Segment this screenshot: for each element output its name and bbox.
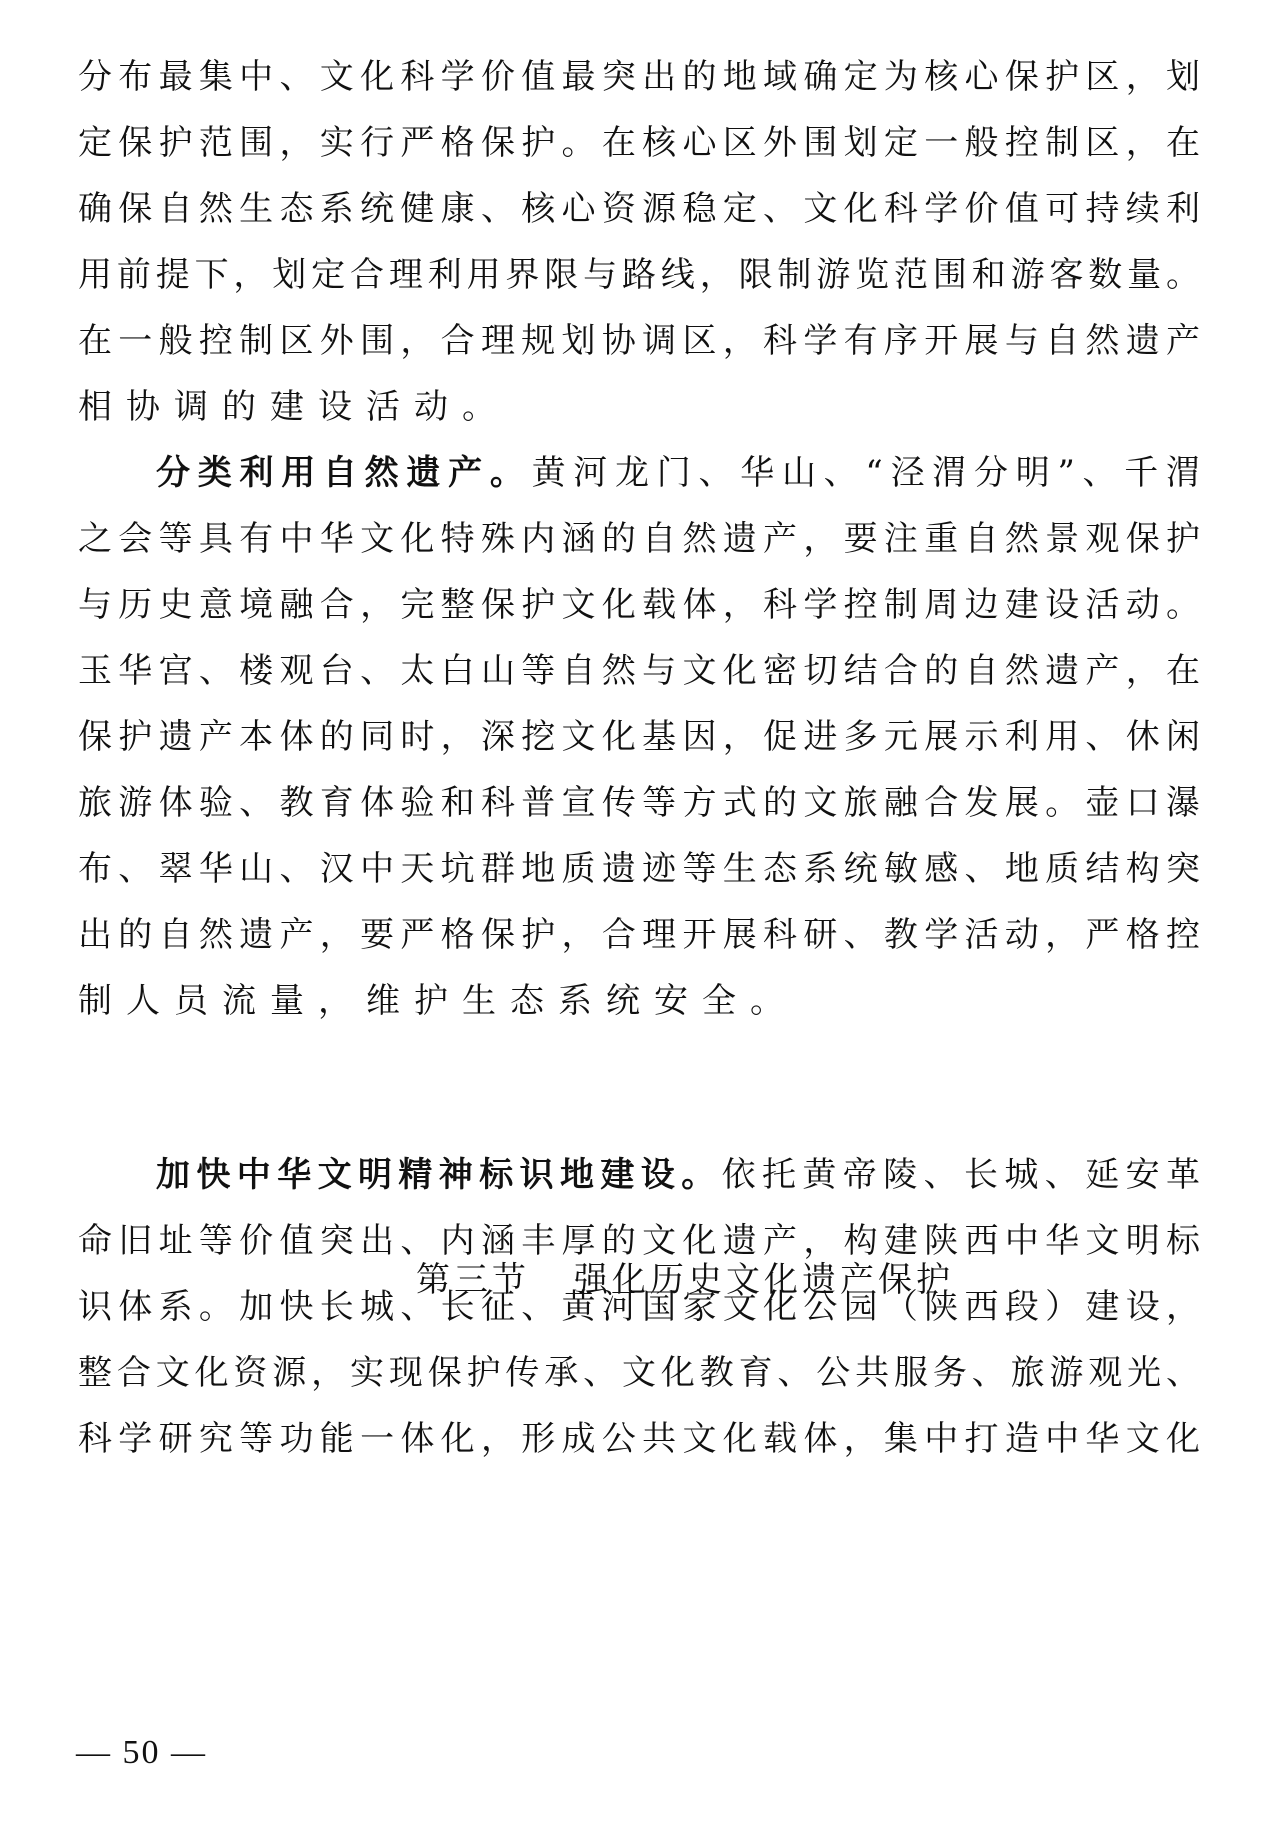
- text-line: 玉华宫、楼观台、太白山等自然与文化密切结合的自然遗产，在: [78, 646, 1200, 696]
- text-line: 与历史意境融合，完整保护文化载体，科学控制周边建设活动。: [78, 580, 1200, 630]
- text-line-first: 分类利用自然遗产。黄河龙门、华山、“泾渭分明”、千渭: [156, 448, 1200, 498]
- text-line: 定保护范围，实行严格保护。在核心区外围划定一般控制区，在: [78, 118, 1200, 168]
- text-line: 在一般控制区外围，合理规划协调区，科学有序开展与自然遗产: [78, 316, 1200, 366]
- text-line: 出的自然遗产，要严格保护，合理开展科研、教学活动，严格控: [78, 910, 1200, 960]
- text-line: 分布最集中、文化科学价值最突出的地域确定为核心保护区，划: [78, 52, 1200, 102]
- text-line: 识体系。加快长城、长征、黄河国家文化公园（陕西段）建设，: [78, 1282, 1200, 1332]
- text-line: 保护遗产本体的同时，深挖文化基因，促进多元展示利用、休闲: [78, 712, 1200, 762]
- paragraph-lead-bold: 分类利用自然遗产。: [156, 453, 532, 493]
- document-page: 分布最集中、文化科学价值最突出的地域确定为核心保护区，划 定保护范围，实行严格保…: [0, 0, 1280, 1846]
- text-line: 确保自然生态系统健康、核心资源稳定、文化科学价值可持续利: [78, 184, 1200, 234]
- text-line: 用前提下，划定合理利用界限与路线，限制游览范围和游客数量。: [78, 250, 1200, 300]
- text-line: 制人员流量，维护生态系统安全。: [78, 976, 1200, 1026]
- text-line-first: 加快中华文明精神标识地建设。依托黄帝陵、长城、延安革: [156, 1150, 1200, 1200]
- paragraph-text: 黄河龙门、华山、“泾渭分明”、千渭: [532, 453, 1200, 493]
- text-line: 相协调的建设活动。: [78, 382, 1200, 432]
- paragraph-lead-bold: 加快中华文明精神标识地建设。: [156, 1155, 722, 1195]
- text-line: 之会等具有中华文化特殊内涵的自然遗产，要注重自然景观保护: [78, 514, 1200, 564]
- paragraph-text: 依托黄帝陵、长城、延安革: [722, 1155, 1200, 1195]
- text-line: 布、翠华山、汉中天坑群地质遗迹等生态系统敏感、地质结构突: [78, 844, 1200, 894]
- text-line: 命旧址等价值突出、内涵丰厚的文化遗产，构建陕西中华文明标: [78, 1216, 1200, 1266]
- page-number: — 50 —: [76, 1731, 207, 1775]
- text-line: 科学研究等功能一体化，形成公共文化载体，集中打造中华文化: [78, 1414, 1200, 1464]
- text-line: 整合文化资源，实现保护传承、文化教育、公共服务、旅游观光、: [78, 1348, 1200, 1398]
- text-line: 旅游体验、教育体验和科普宣传等方式的文旅融合发展。壶口瀑: [78, 778, 1200, 828]
